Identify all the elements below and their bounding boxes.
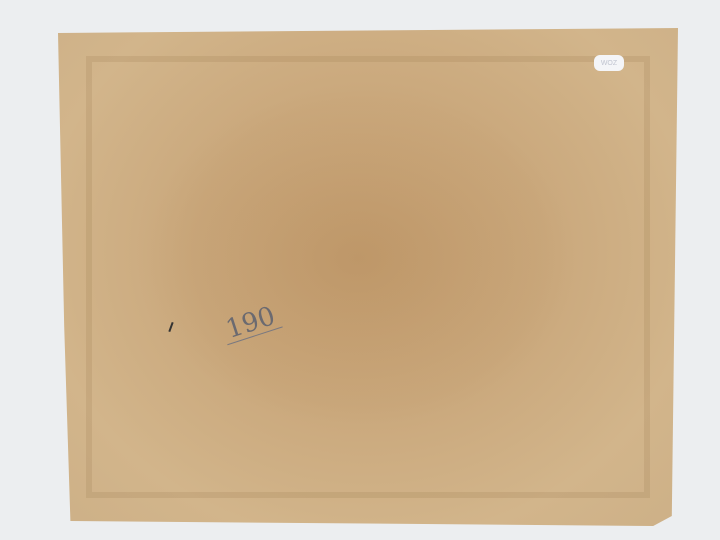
inventory-sticker: WOZ bbox=[594, 55, 624, 71]
canvas-back bbox=[58, 28, 678, 526]
inner-stain bbox=[138, 88, 578, 428]
